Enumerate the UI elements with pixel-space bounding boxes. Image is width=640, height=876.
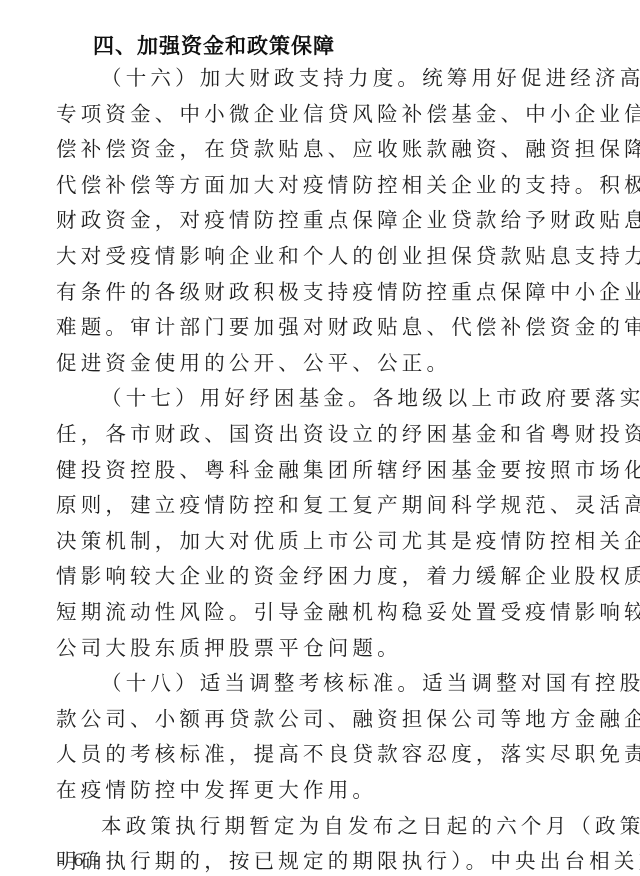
text-line: 有条件的各级财政积极支持疫情防控重点保障中小企业缓解融资 (56, 278, 582, 306)
text-line: 难题。审计部门要加强对财政贴息、代偿补偿资金的审计监督， (56, 313, 582, 341)
text-line: 健投资控股、粤科金融集团所辖纾困基金要按照市场化、法治化 (56, 456, 582, 484)
text-line: （十六）加大财政支持力度。统筹用好促进经济高质量发展 (101, 64, 582, 92)
text-line: 明确执行期的，按已规定的期限执行）。中央出台相关支持政策， (56, 847, 582, 875)
text-line: 任，各市财政、国资出资设立的纾困基金和省粤财投资控股、恒 (56, 420, 582, 448)
text-line: 情影响较大企业的资金纾困力度，着力缓解企业股权质押风险和 (56, 562, 582, 590)
text-line: 款公司、小额再贷款公司、融资担保公司等地方金融企业及高管 (56, 705, 582, 733)
text-line: 人员的考核标准，提高不良贷款容忍度，落实尽职免责，支持其 (56, 740, 582, 768)
text-line: 决策机制，加大对优质上市公司尤其是疫情防控相关企业和受疫 (56, 527, 582, 555)
page-number: - 6 - (58, 851, 101, 871)
text-line: 原则，建立疫情防控和复工复产期间科学规范、灵活高效的投资 (56, 491, 582, 519)
text-line: 专项资金、中小微企业信贷风险补偿基金、中小企业信用担保代 (56, 100, 582, 128)
text-line: 在疫情防控中发挥更大作用。 (56, 776, 582, 804)
text-line: 大对受疫情影响企业和个人的创业担保贷款贴息支持力度。鼓励 (56, 242, 582, 270)
text-line: 偿补偿资金，在贷款贴息、应收账款融资、融资担保降费奖补和 (56, 135, 582, 163)
text-line: 短期流动性风险。引导金融机构稳妥处置受疫情影响较大的上市 (56, 598, 582, 626)
text-line: 代偿补偿等方面加大对疫情防控相关企业的支持。积极争取中央 (56, 171, 582, 199)
text-line: （十七）用好纾困基金。各地级以上市政府要落实好属地责 (101, 384, 582, 412)
document-page: 四、加强资金和政策保障 （十六）加大财政支持力度。统筹用好促进经济高质量发展专项… (0, 0, 640, 876)
text-line: （十八）适当调整考核标准。适当调整对国有控股的小额贷 (101, 669, 582, 697)
text-line: 财政资金，对疫情防控重点保障企业贷款给予财政贴息支持，加 (56, 206, 582, 234)
text-line: 公司大股东质押股票平仓问题。 (56, 634, 582, 662)
section-heading: 四、加强资金和政策保障 (93, 30, 335, 60)
text-line: 本政策执行期暂定为自发布之日起的六个月（政策措施已经 (101, 812, 582, 840)
text-line: 促进资金使用的公开、公平、公正。 (56, 349, 582, 377)
